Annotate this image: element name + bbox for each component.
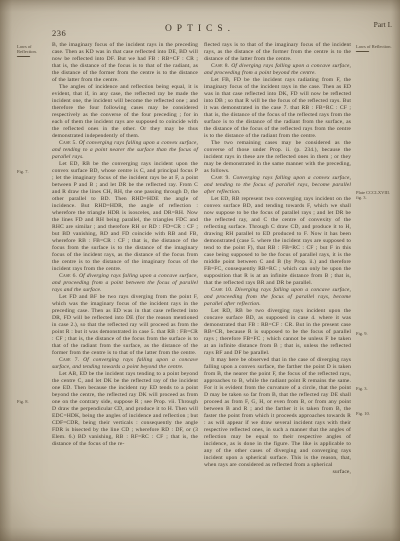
page-title: OPTICS. <box>0 24 400 34</box>
body-paragraph: Let ED, RB be the converging rays incide… <box>52 161 198 273</box>
margin-note-laws-right: Laws of Reflection. <box>356 44 396 52</box>
book-page-scan: 236 OPTICS. Part I. Laws of Reflection. … <box>0 0 400 541</box>
case-label: Case 7. <box>59 357 79 363</box>
body-paragraph: B, the imaginary focus of the incident r… <box>52 42 198 84</box>
margin-note-fig3: Fig. 3. <box>356 386 396 391</box>
case-label: Case 6. <box>59 273 77 279</box>
case-heading: Case 10. Diverging rays falling upon a c… <box>204 287 351 308</box>
case-label: Case 10. <box>211 287 233 293</box>
case-heading: Case 5. Of converging rays falling upon … <box>52 140 198 161</box>
body-paragraph: Let RD, RB be two diverging rays inciden… <box>204 308 351 357</box>
margin-note-laws-left: Laws of Reflection. <box>17 44 50 57</box>
left-column: B, the imaginary focus of the incident r… <box>52 42 198 448</box>
margin-flourish <box>17 56 31 57</box>
margin-note-fig8: Fig. 8. <box>17 399 50 404</box>
margin-note-text: Laws of Reflection. <box>17 44 37 54</box>
margin-flourish <box>356 51 370 52</box>
body-paragraph: Let FB, FD be the incident rays radiatin… <box>204 77 351 140</box>
margin-note-fig10: Fig. 10. <box>356 411 396 416</box>
margin-note-fig9: Fig. 9. <box>356 331 396 336</box>
body-paragraph: The angles of incidence and reflection b… <box>52 84 198 140</box>
page-header: 236 OPTICS. Part I. <box>0 20 400 38</box>
case-label: Case 9. <box>211 175 230 181</box>
body-paragraph: The two remaining cases may be considere… <box>204 140 351 175</box>
body-paragraph: Let ED, RB represent two converging rays… <box>204 196 351 287</box>
body-paragraph: Let FD and BF be two rays diverging from… <box>52 294 198 357</box>
case-heading: Case 6. Of diverging rays falling upon a… <box>52 273 198 294</box>
margin-note-text: Fig. 9. <box>356 331 368 336</box>
body-paragraph: It may here be observed that in the case… <box>204 357 351 469</box>
margin-note-text: Fig. 7. <box>17 169 29 174</box>
margin-note-text: Fig. 3. <box>356 386 368 391</box>
case-heading: Case 9. Converging rays falling upon a c… <box>204 175 351 196</box>
margin-note-plate: Plate CCCLXVIII. fig. 3. <box>356 190 396 201</box>
body-paragraph: Let AB, ED be the incident rays tending … <box>52 371 198 448</box>
margin-note-text: Fig. 10. <box>356 411 370 416</box>
margin-note-fig7: Fig. 7. <box>17 169 50 174</box>
margin-note-text: Laws of Reflection. <box>356 44 392 49</box>
case-label: Case 8. <box>211 63 229 69</box>
body-paragraph: flected rays is to that of the imaginary… <box>204 42 351 63</box>
margin-note-text: Plate CCCLXVIII. fig. 3. <box>356 190 390 200</box>
case-heading: Case 7. Of converging rays falling upon … <box>52 357 198 371</box>
part-label: Part I. <box>374 20 392 29</box>
case-heading: Case 8. Of diverging rays falling upon a… <box>204 63 351 77</box>
catchword: surface, <box>204 469 351 476</box>
right-column: flected rays is to that of the imaginary… <box>204 42 351 476</box>
case-label: Case 5. <box>59 140 77 146</box>
margin-note-text: Fig. 8. <box>17 399 29 404</box>
